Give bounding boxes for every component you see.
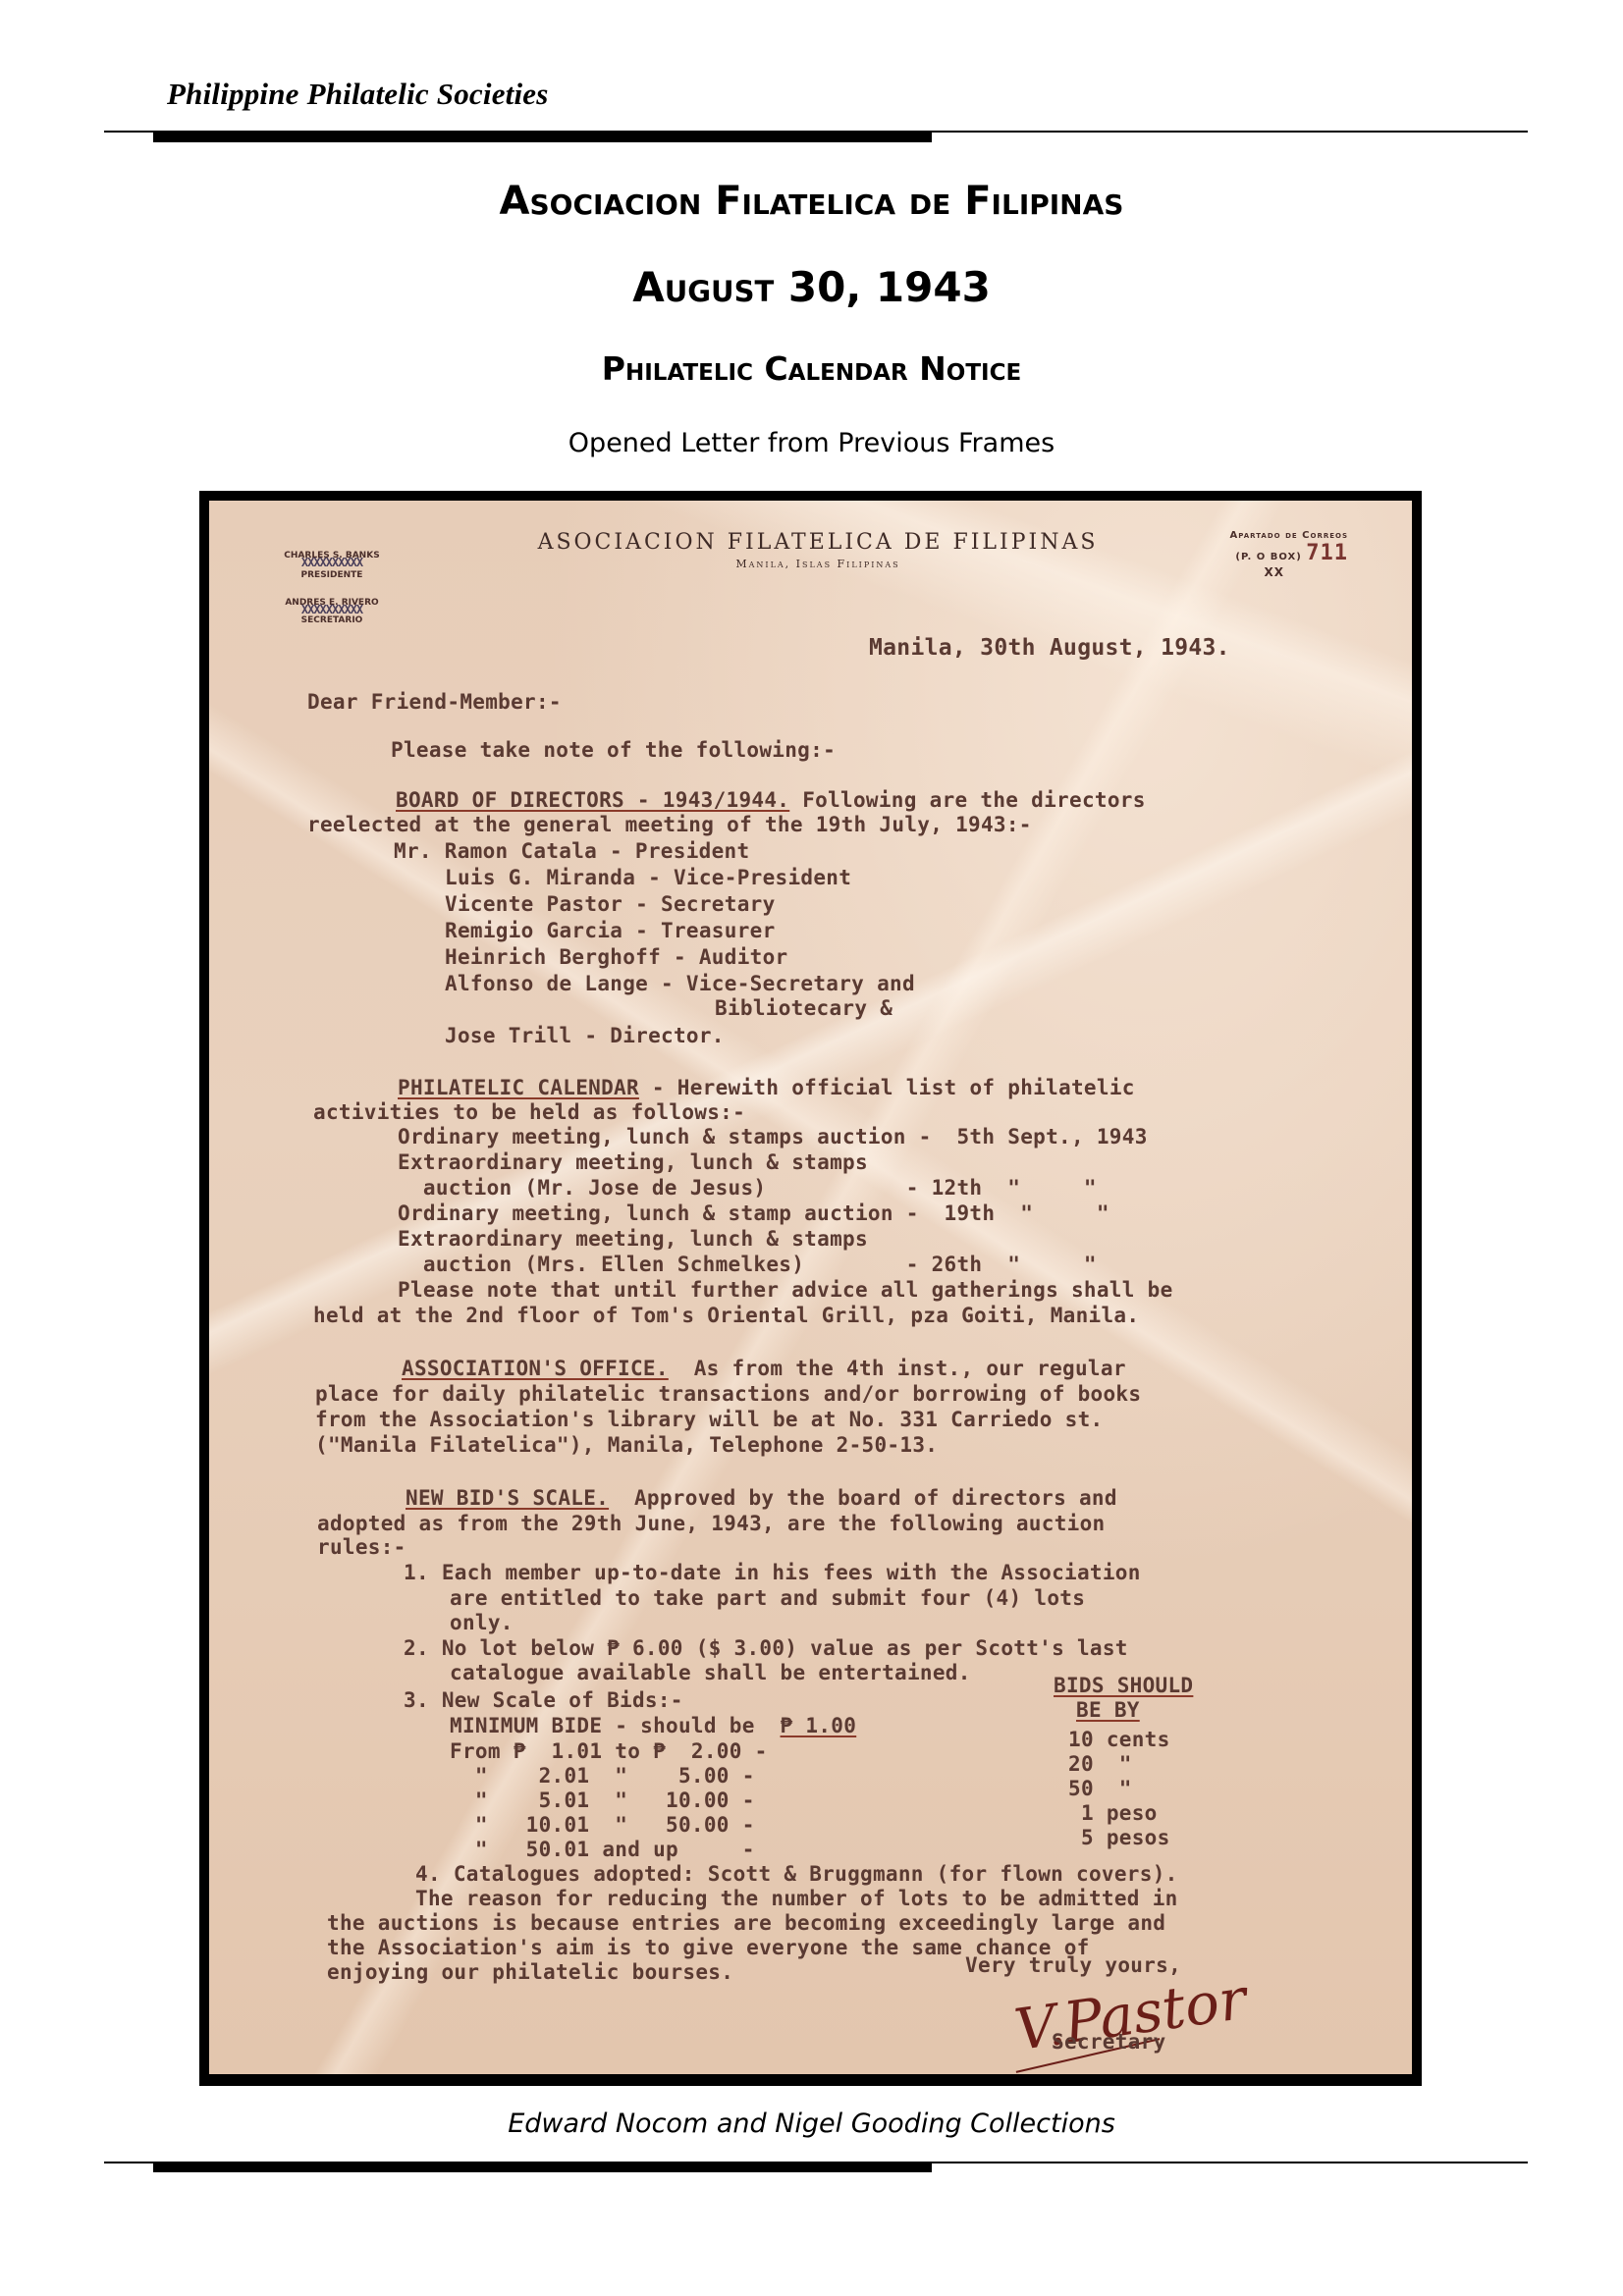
po-box-struck: XX bbox=[1229, 565, 1319, 579]
running-head: Philippine Philatelic Societies bbox=[167, 77, 549, 112]
office-section: ASSOCIATION'S OFFICE. As from the 4th in… bbox=[402, 1357, 1126, 1380]
minimum-bid: MINIMUM BIDE - should be ₱ 1.00 bbox=[450, 1714, 856, 1737]
office-text: ("Manila Filatelica"), Manila, Telephone… bbox=[315, 1433, 938, 1457]
bid-scale-increment: 5 pesos bbox=[1068, 1826, 1170, 1849]
bids-text: rules:- bbox=[317, 1535, 406, 1559]
bids-text: adopted as from the 29th June, 1943, are… bbox=[317, 1512, 1105, 1535]
header-rule-thick bbox=[153, 133, 932, 142]
calendar-section: PHILATELIC CALENDAR - Herewith official … bbox=[398, 1076, 1135, 1099]
bid-scale-increment: 10 cents bbox=[1068, 1728, 1170, 1751]
document-title: Asociacion Filatelica de Filipinas bbox=[0, 179, 1623, 224]
board-member: Mr. Ramon Catala - President bbox=[394, 839, 749, 863]
bids-column-heading: BE BY bbox=[1076, 1698, 1140, 1722]
board-text: reelected at the general meeting of the … bbox=[307, 813, 1032, 836]
bid-scale-range: " 5.01 " 10.00 - bbox=[450, 1789, 755, 1812]
bids-rule: 1. Each member up-to-date in his fees wi… bbox=[404, 1561, 1141, 1584]
letterhead-overstrike: XXXXXXXXXX bbox=[258, 556, 406, 569]
bid-scale-increment: 50 " bbox=[1068, 1777, 1132, 1800]
calendar-text: activities to be held as follows:- bbox=[313, 1100, 745, 1124]
board-section: BOARD OF DIRECTORS - 1943/1944. Followin… bbox=[396, 788, 1146, 812]
office-text: from the Association's library will be a… bbox=[315, 1408, 1103, 1431]
bids-rule: catalogue available shall be entertained… bbox=[450, 1661, 971, 1684]
board-member: Luis G. Miranda - Vice-President bbox=[445, 866, 851, 889]
board-heading: BOARD OF DIRECTORS - 1943/1944. bbox=[396, 788, 789, 812]
image-caption: Edward Nocom and Nigel Gooding Collectio… bbox=[0, 2109, 1623, 2139]
bids-rule: only. bbox=[450, 1611, 514, 1634]
letter-closing: Very truly yours, bbox=[965, 1953, 1181, 1977]
bid-scale-range: " 2.01 " 5.00 - bbox=[450, 1764, 755, 1788]
bids-reason: the auctions is because entries are beco… bbox=[327, 1911, 1165, 1935]
office-heading: ASSOCIATION'S OFFICE. bbox=[402, 1357, 669, 1380]
bid-scale-range: From ₱ 1.01 to ₱ 2.00 - bbox=[450, 1739, 768, 1763]
calendar-note: held at the 2nd floor of Tom's Oriental … bbox=[313, 1304, 1139, 1327]
calendar-heading: PHILATELIC CALENDAR bbox=[398, 1076, 639, 1099]
document-subtitle: Opened Letter from Previous Frames bbox=[0, 428, 1623, 458]
board-member: Jose Trill - Director. bbox=[445, 1024, 725, 1047]
letterhead-po-box: Apartado de Correos (P. O BOX) 711 XX bbox=[1229, 530, 1348, 579]
calendar-event: Ordinary meeting, lunch & stamps auction… bbox=[398, 1125, 1148, 1148]
bid-scale-range: " 10.01 " 50.00 - bbox=[450, 1813, 755, 1837]
bids-reason: The reason for reducing the number of lo… bbox=[415, 1887, 1178, 1910]
board-member: Vicente Pastor - Secretary bbox=[445, 892, 776, 916]
letterhead-secretary-role: SECRETARIO bbox=[258, 614, 406, 627]
letter-intro: Please take note of the following:- bbox=[391, 738, 836, 762]
bid-scale-range: " 50.01 and up - bbox=[450, 1838, 755, 1861]
letterhead-association-name: ASOCIACION FILATELICA DE FILIPINAS bbox=[445, 530, 1191, 555]
document-heading: Philatelic Calendar Notice bbox=[0, 349, 1623, 388]
board-member: Remigio Garcia - Treasurer bbox=[445, 919, 776, 942]
bids-heading: NEW BID'S SCALE. bbox=[406, 1486, 609, 1510]
po-box-label: Apartado de Correos bbox=[1229, 530, 1348, 541]
bids-column-heading: BIDS SHOULD bbox=[1054, 1674, 1193, 1697]
bids-rule: 2. No lot below ₱ 6.00 ($ 3.00) value as… bbox=[404, 1636, 1128, 1660]
bids-rule: are entitled to take part and submit fou… bbox=[450, 1586, 1085, 1610]
document-date: August 30, 1943 bbox=[0, 263, 1623, 311]
footer-rule-thick bbox=[153, 2163, 932, 2172]
board-member: Heinrich Berghoff - Auditor bbox=[445, 945, 787, 969]
bids-section: NEW BID'S SCALE. Approved by the board o… bbox=[406, 1486, 1117, 1510]
letter-image: CHARLES S. BANKS XXXXXXXXXX PRESIDENTE A… bbox=[209, 501, 1412, 2074]
letter-date-line: Manila, 30th August, 1943. bbox=[869, 635, 1230, 661]
bids-reason: enjoying our philatelic bourses. bbox=[327, 1960, 733, 1984]
bids-rule: 4. Catalogues adopted: Scott & Bruggmann… bbox=[415, 1862, 1178, 1886]
board-member: Bibliotecary & bbox=[715, 996, 893, 1020]
bid-scale-increment: 20 " bbox=[1068, 1752, 1132, 1776]
signer-title: Secretary bbox=[1052, 2030, 1166, 2054]
calendar-event: Ordinary meeting, lunch & stamp auction … bbox=[398, 1201, 1109, 1225]
po-box-prefix: (P. O BOX) bbox=[1235, 552, 1301, 562]
office-text: place for daily philatelic transactions … bbox=[315, 1382, 1141, 1406]
calendar-event: Extraordinary meeting, lunch & stamps bbox=[398, 1227, 868, 1251]
letter-salutation: Dear Friend-Member:- bbox=[307, 690, 562, 714]
letter-image-frame: CHARLES S. BANKS XXXXXXXXXX PRESIDENTE A… bbox=[199, 491, 1422, 2086]
bid-scale-increment: 1 peso bbox=[1068, 1801, 1158, 1825]
board-member: Alfonso de Lange - Vice-Secretary and bbox=[445, 972, 915, 995]
letterhead-city: Manila, Islas Filipinas bbox=[445, 558, 1191, 570]
calendar-event: auction (Mr. Jose de Jesus) - 12th " " bbox=[398, 1176, 1097, 1200]
bids-rule: 3. New Scale of Bids:- bbox=[404, 1688, 683, 1712]
po-box-number: 711 bbox=[1306, 541, 1348, 565]
calendar-event: auction (Mrs. Ellen Schmelkes) - 26th " … bbox=[398, 1253, 1097, 1276]
calendar-event: Extraordinary meeting, lunch & stamps bbox=[398, 1150, 868, 1174]
calendar-note: Please note that until further advice al… bbox=[398, 1278, 1173, 1302]
letterhead-president-role: PRESIDENTE bbox=[258, 569, 406, 582]
